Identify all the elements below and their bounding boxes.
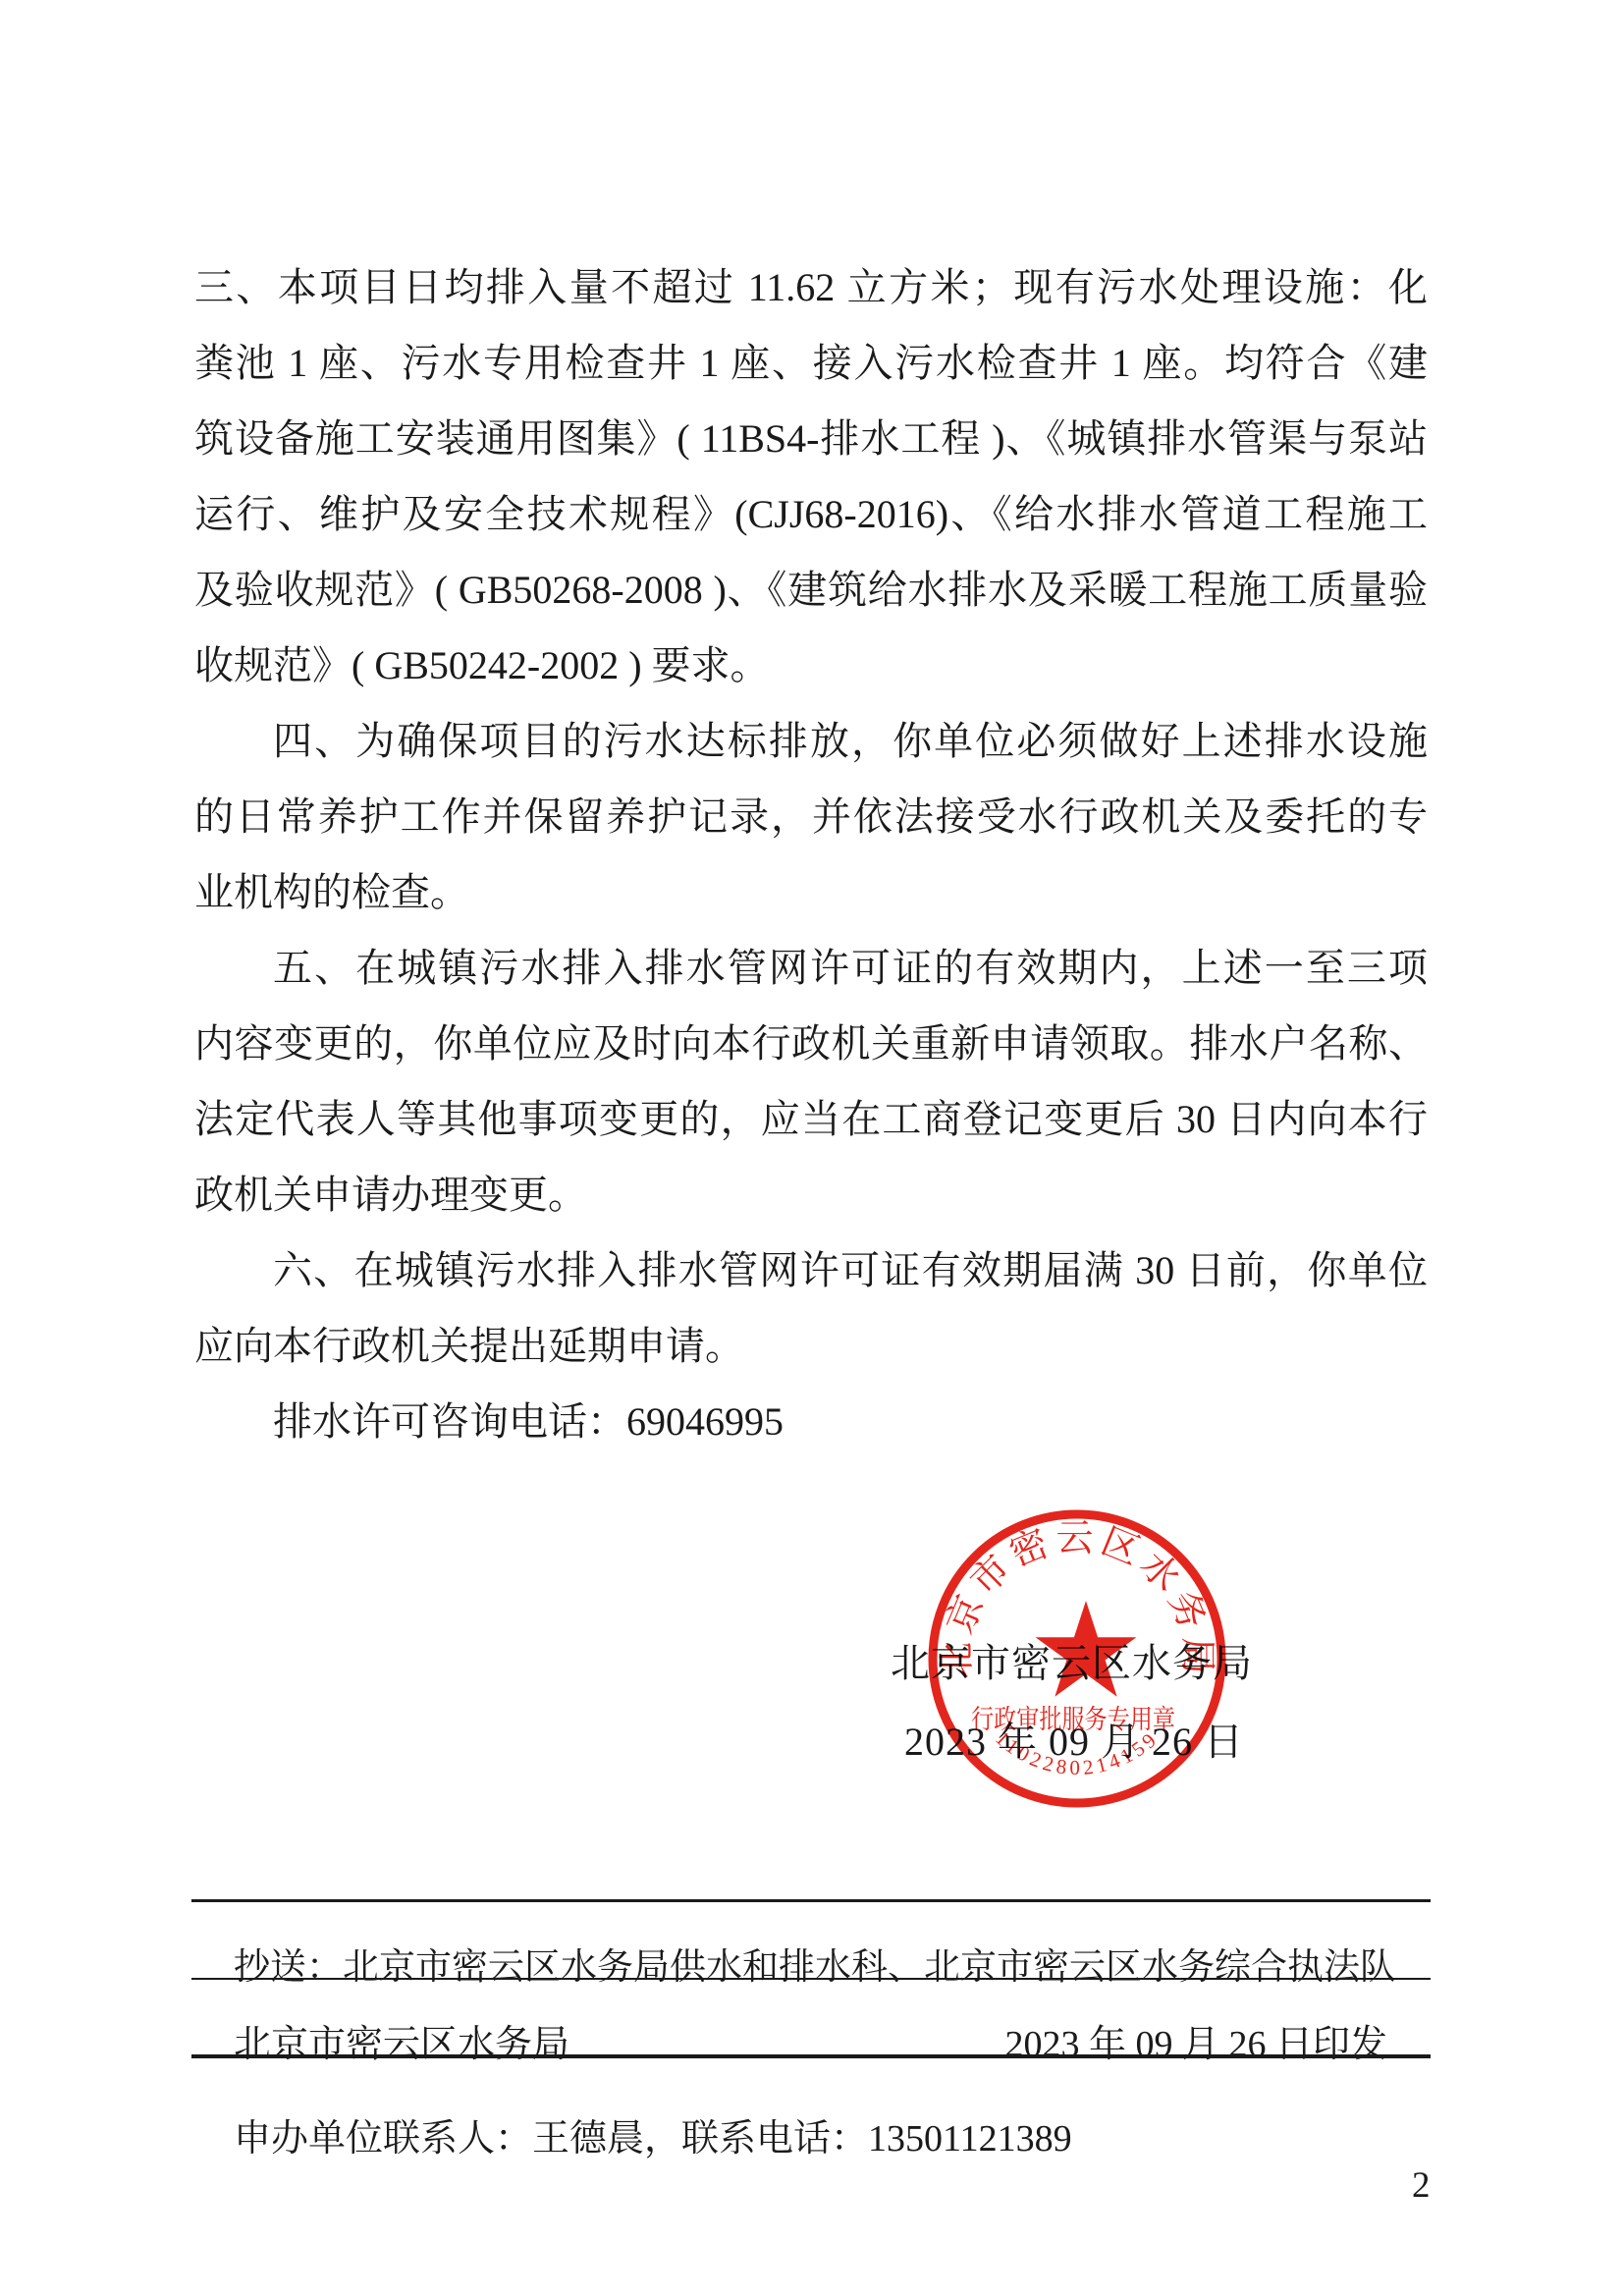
body-line: 及验收规范》( GB50268-2008 )、《建筑给水排水及采暖工程施工质量验 (194, 552, 1428, 628)
footer-copy-to: 抄送：北京市密云区水务局供水和排水科、北京市密云区水务综合执法队 (234, 1937, 1431, 1990)
body-line: 三、本项目日均排入量不超过 11.62 立方米；现有污水处理设施：化 (194, 249, 1428, 325)
body-line: 内容变更的，你单位应及时向本行政机关重新申请领取。排水户名称、 (194, 1006, 1428, 1081)
body-line: 四、为确保项目的污水达标排放，你单位必须做好上述排水设施 (194, 703, 1428, 779)
footer-rule-top (191, 1899, 1431, 1902)
body-line: 粪池 1 座、污水专用检查井 1 座、接入污水检查井 1 座。均符合《建 (194, 325, 1428, 401)
body-line: 业机构的检查。 (194, 854, 1428, 930)
page-number: 2 (1412, 2164, 1431, 2207)
footer-print-date: 2023 年 09 月 26 日印发 (1004, 2013, 1387, 2067)
official-seal-stamp: 北京市密云区水务局 行政审批服务专用章 1102280214159 (924, 1508, 1230, 1809)
body-line: 法定代表人等其他事项变更的，应当在工商登记变更后 30 日内向本行 (194, 1081, 1428, 1157)
body-line: 五、在城镇污水排入排水管网许可证的有效期内，上述一至三项 (194, 930, 1428, 1006)
seal-star-icon (1036, 1601, 1137, 1697)
body-line: 政机关申请办理变更。 (194, 1157, 1428, 1232)
body-line: 运行、维护及安全技术规程》(CJJ68-2016)、《给水排水管道工程施工 (194, 476, 1428, 552)
body-line: 的日常养护工作并保留养护记录，并依法接受水行政机关及委托的专 (194, 779, 1428, 854)
footer-issuer: 北京市密云区水务局 (234, 2013, 569, 2067)
body-line: 筑设备施工安装通用图集》( 11BS4-排水工程 )、《城镇排水管渠与泵站 (194, 401, 1428, 476)
body-line: 排水许可咨询电话：69046995 (194, 1384, 1428, 1459)
body-line: 收规范》( GB50242-2002 ) 要求。 (194, 628, 1428, 703)
footer-contact: 申办单位联系人：王德晨，联系电话：13501121389 (234, 2107, 1072, 2161)
body-text: 三、本项目日均排入量不超过 11.62 立方米；现有污水处理设施：化 粪池 1 … (194, 249, 1428, 1459)
footer-issue-row: 北京市密云区水务局 2023 年 09 月 26 日印发 (234, 2013, 1387, 2067)
document-page: 三、本项目日均排入量不超过 11.62 立方米；现有污水处理设施：化 粪池 1 … (0, 0, 1623, 2296)
body-line: 六、在城镇污水排入排水管网许可证有效期届满 30 日前，你单位 (194, 1232, 1428, 1308)
body-line: 应向本行政机关提出延期申请。 (194, 1308, 1428, 1384)
